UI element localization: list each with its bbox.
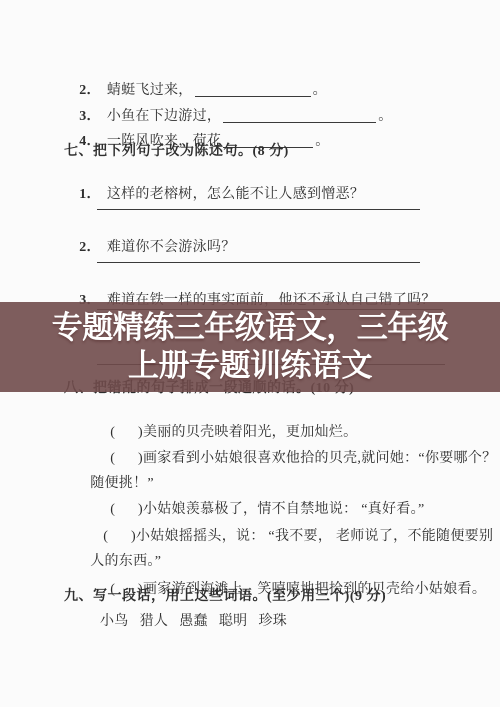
word-item: 聪明 [219, 613, 248, 631]
watermark-line-2: 上册专题训练语文 [128, 347, 372, 385]
section9-title: 九、写一段话，用上这些词语。(至少用三个)(9 分) [64, 588, 386, 606]
item-number: 1． [79, 187, 101, 202]
worksheet-page: 2．蜻蜓飞过来，。 3．小鱼在下边游过，。 4．一阵风吹来，荷花。 七、把下列句… [0, 0, 500, 707]
period: 。 [378, 109, 392, 124]
period: 。 [315, 134, 329, 149]
watermark-banner: 专题精练三年级语文，三年级 上册专题训练语文 [0, 302, 500, 392]
item-text: 画家看到小姑娘很喜欢他拾的贝壳,就问她：“你要哪个？ [143, 451, 497, 466]
word-item: 珍珠 [258, 613, 287, 631]
word-item: 愚蠢 [179, 613, 208, 631]
watermark-line-1: 专题精练三年级语文，三年级 [52, 309, 449, 347]
section7-title: 七、把下列句子改为陈述句。(8 分) [64, 143, 289, 161]
answer-line [97, 262, 420, 263]
word-item: 小鸟 [100, 613, 129, 631]
section7-question-2: 2．难道你不会游泳吗？ [64, 221, 236, 275]
question-text: 这样的老榕树，怎么能不让人感到憎恶？ [107, 187, 364, 202]
word-item: 猎人 [140, 613, 169, 631]
question-text: 难道你不会游泳吗？ [107, 240, 236, 255]
section7-question-1: 1．这样的老榕树，怎么能不让人感到憎恶？ [64, 168, 364, 222]
section8-item-2-line-1: ( )画家看到小姑娘很喜欢他拾的贝壳,就问她：“你要哪个？ [95, 432, 496, 486]
answer-line [97, 209, 420, 210]
item-text: 小姑娘摇摇头，说： “我不要， 老师说了，不能随便要别 [136, 529, 493, 544]
item-number: 2． [79, 240, 101, 255]
section9-word-list: 小鸟 猎人 愚蠢 聪明 珍珠 [100, 613, 287, 631]
